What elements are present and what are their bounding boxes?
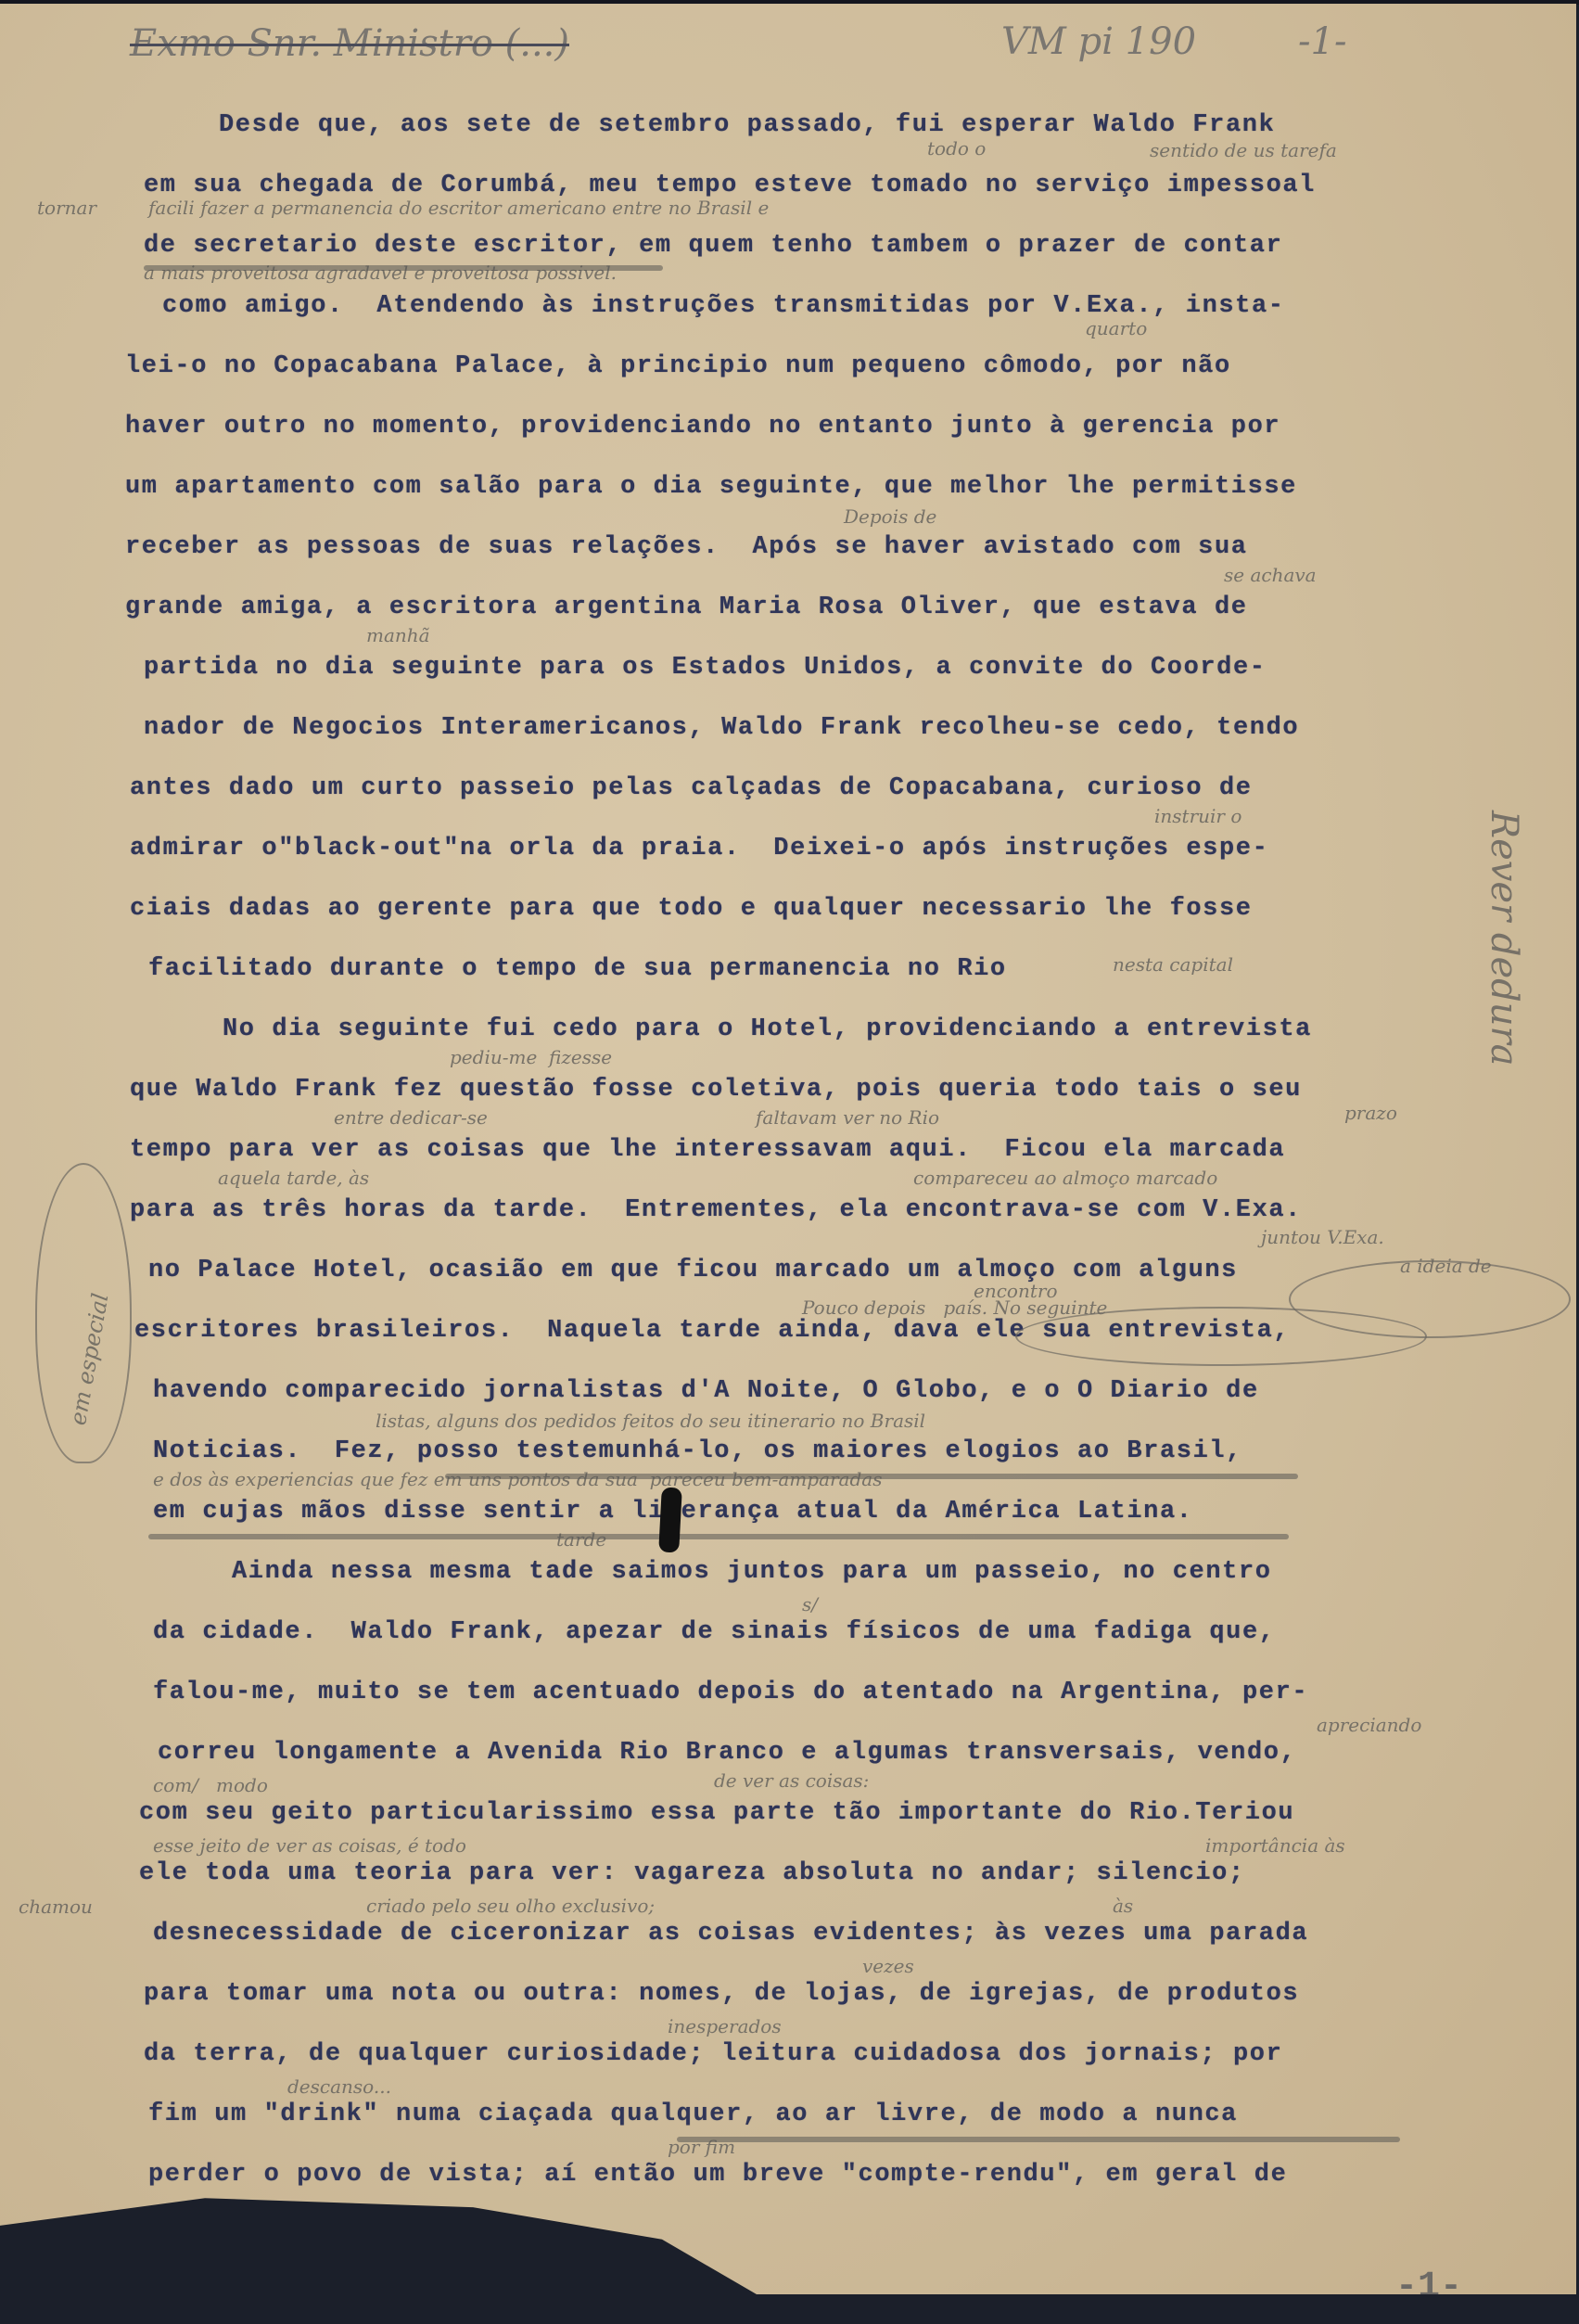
handwritten-annotation: importância às [1205,1834,1345,1857]
handwritten-annotation: Pouco depois país. No seguinte [802,1296,1107,1319]
typed-line: ele toda uma teoria para ver: vagareza a… [139,1859,1245,1887]
pencil-strike [677,2137,1400,2142]
handwritten-annotation: apreciando [1317,1714,1421,1736]
typed-line: ciais dadas ao gerente para que todo e q… [130,895,1253,923]
typed-line: um apartamento com salão para o dia segu… [125,473,1297,501]
handwritten-annotation: listas, alguns dos pedidos feitos do seu… [376,1410,925,1432]
typed-line: perder o povo de vista; aí então um brev… [148,2161,1287,2189]
top-page-marker: -1- [1298,20,1346,63]
handwritten-annotation: vezes [862,1955,914,1977]
typed-line: admirar o"black-out"na orla da praia. De… [130,835,1268,862]
typed-line: como amigo. Atendendo às instruções tran… [162,292,1285,320]
handwritten-annotation: com/ modo [153,1774,268,1796]
typed-line: Ainda nessa mesma tade saimos juntos par… [232,1558,1272,1586]
typed-line: falou-me, muito se tem acentuado depois … [153,1679,1308,1706]
pencil-strike [148,1534,1289,1539]
typed-line: receber as pessoas de suas relações. Apó… [125,533,1248,561]
typed-line: No dia seguinte fui cedo para o Hotel, p… [223,1015,1312,1043]
typed-line: da terra, de qualquer curiosidade; leitu… [144,2040,1282,2068]
handwritten-annotation: tarde [556,1528,606,1551]
typed-line: tempo para ver as coisas que lhe interes… [130,1136,1285,1164]
handwritten-annotation: tornar [37,197,96,219]
handwritten-annotation: se achava [1224,564,1317,586]
typed-line: desnecessidade de ciceronizar as coisas … [153,1920,1308,1947]
handwritten-annotation: nesta capital [1113,953,1233,976]
margin-note-left: chamou [19,1896,93,1918]
handwritten-annotation: entre dedicar-se [334,1106,488,1129]
handwritten-annotation: de ver as coisas: [714,1769,869,1792]
typed-line: grande amiga, a escritora argentina Mari… [125,594,1248,621]
handwritten-annotation: quarto [1085,317,1147,339]
typed-line: nador de Negocios Interamericanos, Waldo… [144,714,1299,742]
typed-line: em sua chegada de Corumbá, meu tempo est… [144,172,1316,199]
handwritten-annotation: inesperados [668,2015,782,2037]
typed-line: fim um "drink" numa ciaçada qualquer, ao… [148,2101,1238,2128]
typed-line: correu longamente a Avenida Rio Branco e… [158,1739,1296,1767]
handwritten-annotation: todo o [927,137,986,160]
pencil-strike [445,1474,1298,1479]
typed-line: que Waldo Frank fez questão fosse coleti… [130,1076,1302,1104]
handwritten-annotation: esse jeito de ver as coisas, é todo [153,1834,466,1857]
handwritten-annotation: faltavam ver no Rio [756,1106,939,1129]
pencil-strike [144,265,663,271]
pencil-strike [148,2225,464,2230]
typed-line: Noticias. Fez, posso testemunhá-lo, os m… [153,1437,1242,1465]
handwritten-annotation: facili fazer a permanencia do escritor a… [148,197,769,219]
handwritten-annotation: criado pelo seu olho exclusivo; [366,1895,655,1917]
handwritten-annotation: pediu-me fizesse [450,1046,612,1068]
typed-line: de secretario deste escritor, em quem te… [144,232,1282,260]
typed-line: facilitado durante o tempo de sua perman… [148,955,1007,983]
archive-reference: VM pi 190 [1001,20,1196,63]
typed-line: haver outro no momento, providenciando n… [125,413,1280,441]
handwritten-annotation: descanso... [287,2075,391,2098]
typewritten-page: Exmo Snr. Ministro (...) VM pi 190 -1- D… [0,4,1576,2294]
typed-line: lei-o no Copacabana Palace, à principio … [125,352,1231,380]
typed-line: da cidade. Waldo Frank, apezar de sinais… [153,1618,1276,1646]
handwritten-annotation: prazo [1344,1102,1397,1124]
margin-note-right: Rever dedura [1483,811,1525,1066]
handwritten-annotation: compareceu ao almoço marcado [913,1167,1217,1189]
handwritten-annotation: instruir o [1154,805,1242,827]
handwritten-annotation: juntou V.Exa. [1261,1226,1384,1248]
typed-line: com seu geito particularissimo essa part… [139,1799,1294,1827]
page-number: -1- [1395,2267,1462,2308]
handwritten-annotation: aquela tarde, às [218,1167,369,1189]
typed-line: havendo comparecido jornalistas d'A Noit… [153,1377,1259,1405]
typed-line: Desde que, aos sete de setembro passado,… [219,111,1275,139]
handwritten-annotation: manhã [366,624,430,646]
crossed-header-note: Exmo Snr. Ministro (...) [130,22,569,65]
handwritten-annotation: e dos às experiencias que fez em uns pon… [153,1468,882,1490]
paper-tear [658,1487,682,1552]
typed-line: para tomar uma nota ou outra: nomes, de … [144,1980,1299,2008]
handwritten-annotation: s/ [802,1593,818,1615]
handwritten-annotation: Depois de [844,505,936,528]
typed-line: partida no dia seguinte para os Estados … [144,654,1267,682]
typed-line: no Palace Hotel, ocasião em que ficou ma… [148,1257,1238,1284]
annotation-circle [1015,1307,1427,1366]
handwritten-annotation: às [1113,1895,1133,1917]
typed-line: para as três horas da tarde. Entrementes… [130,1196,1302,1224]
typed-line: antes dado um curto passeio pelas calçad… [130,774,1253,802]
handwritten-annotation: sentido de us tarefa [1150,139,1337,161]
